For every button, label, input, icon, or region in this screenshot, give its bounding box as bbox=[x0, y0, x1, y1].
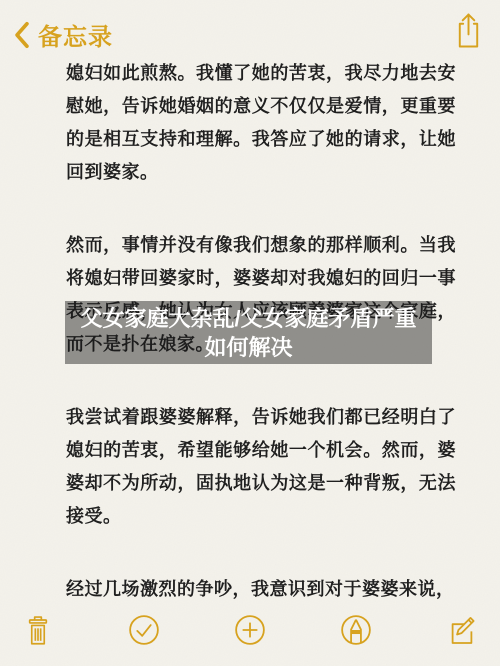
back-label: 备忘录 bbox=[38, 17, 113, 52]
bottom-toolbar bbox=[0, 602, 500, 666]
note-paragraph: 我尝试着跟婆婆解释，告诉她我们都已经明白了媳妇的苦衷，希望能够给她一个机会。然而… bbox=[66, 401, 456, 533]
caption-line2: 如何解决 bbox=[204, 333, 292, 362]
chevron-left-icon bbox=[13, 20, 31, 50]
plus-circle-icon bbox=[233, 613, 267, 647]
caption-overlay: 父女家庭大杂乱/父女家庭矛盾严重 如何解决 bbox=[65, 301, 432, 364]
add-button[interactable] bbox=[231, 610, 269, 650]
notes-app: 备忘录 媳妇如此煎熬。我懂了她的苦衷，我尽力地去安慰她，告诉她婚姻的意义不仅仅是… bbox=[0, 0, 500, 666]
share-button[interactable] bbox=[453, 11, 484, 53]
checklist-button[interactable] bbox=[125, 610, 163, 650]
marker-circle-icon bbox=[339, 613, 373, 647]
markup-button[interactable] bbox=[337, 610, 375, 650]
caption-line1: 父女家庭大杂乱/父女家庭矛盾严重 bbox=[80, 304, 416, 333]
back-button[interactable]: 备忘录 bbox=[13, 17, 113, 52]
share-icon bbox=[453, 11, 484, 50]
compose-icon bbox=[445, 613, 479, 647]
trash-icon bbox=[23, 612, 53, 648]
note-paragraph: 媳妇如此煎熬。我懂了她的苦衷，我尽力地去安慰她，告诉她婚姻的意义不仅仅是爱情，更… bbox=[66, 57, 456, 189]
delete-button[interactable] bbox=[19, 610, 57, 650]
check-circle-icon bbox=[127, 613, 161, 647]
nav-bar: 备忘录 bbox=[0, 0, 500, 60]
compose-button[interactable] bbox=[443, 610, 481, 650]
